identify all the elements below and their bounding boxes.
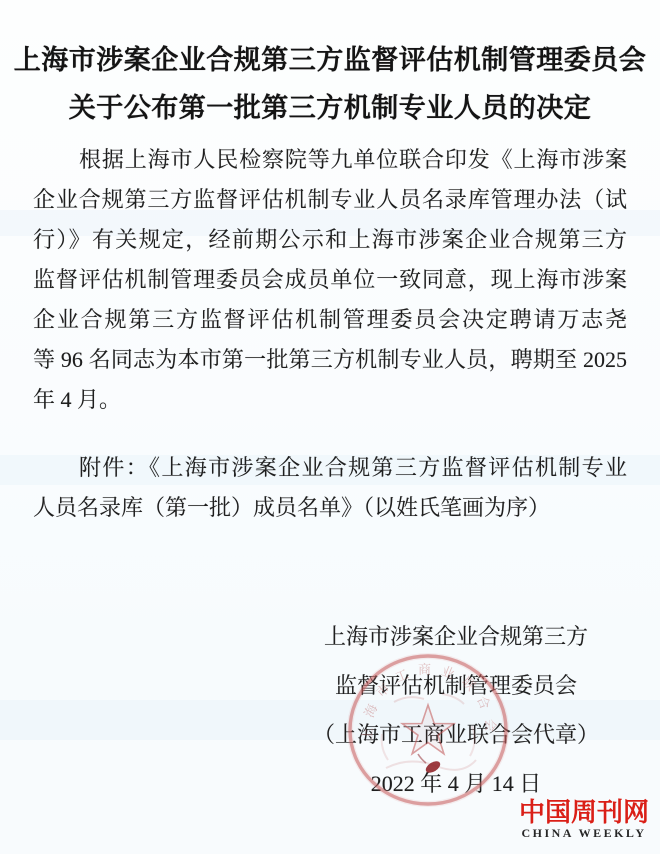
attachment-note: 附件：《上海市涉案企业合规第三方监督评估机制专业 人员名录库（第一批）成员名单》… bbox=[33, 448, 627, 528]
signature-line-2: 监督评估机制管理委员会 bbox=[240, 661, 660, 710]
document-title: 上海市涉案企业合规第三方监督评估机制管理委员会 关于公布第一批第三方机制专业人员… bbox=[0, 36, 660, 132]
scanned-document-page: 上海市涉案企业合规第三方监督评估机制管理委员会 关于公布第一批第三方机制专业人员… bbox=[0, 0, 660, 854]
body-line: 企业合规第三方监督评估机制管理委员会决定聘请万志尧 bbox=[33, 300, 627, 340]
attachment-line: 附件：《上海市涉案企业合规第三方监督评估机制专业 bbox=[33, 448, 627, 488]
china-weekly-logo: 中国周刊网 CHINA WEEKLY bbox=[513, 798, 655, 840]
document-body: 根据上海市人民检察院等九单位联合印发《上海市涉案 企业合规第三方监督评估机制专业… bbox=[33, 140, 627, 420]
document-title-line-1: 上海市涉案企业合规第三方监督评估机制管理委员会 bbox=[0, 36, 660, 84]
body-line: 企业合规第三方监督评估机制专业人员名录库管理办法（试 bbox=[33, 180, 627, 220]
signature-line-1: 上海市涉案企业合规第三方 bbox=[240, 612, 660, 661]
body-line: 行）》有关规定，经前期公示和上海市涉案企业合规第三方 bbox=[33, 220, 627, 260]
body-line: 等 96 名同志为本市第一批第三方机制专业人员，聘期至 2025 bbox=[33, 340, 627, 380]
attachment-line: 人员名录库（第一批）成员名单》（以姓氏笔画为序） bbox=[33, 488, 627, 528]
document-title-line-2: 关于公布第一批第三方机制专业人员的决定 bbox=[0, 84, 660, 132]
logo-english-wordmark: CHINA WEEKLY bbox=[513, 826, 655, 840]
signature-block: 上海市涉案企业合规第三方 监督评估机制管理委员会 （上海市工商业联合会代章） 2… bbox=[240, 612, 660, 808]
body-line: 根据上海市人民检察院等九单位联合印发《上海市涉案 bbox=[33, 140, 627, 180]
logo-chinese-wordmark: 中国周刊网 bbox=[513, 798, 655, 826]
body-line: 监督评估机制管理委员会成员单位一致同意，现上海市涉案 bbox=[33, 260, 627, 300]
body-line: 年 4 月。 bbox=[33, 380, 627, 420]
signature-line-3: （上海市工商业联合会代章） bbox=[240, 710, 660, 759]
